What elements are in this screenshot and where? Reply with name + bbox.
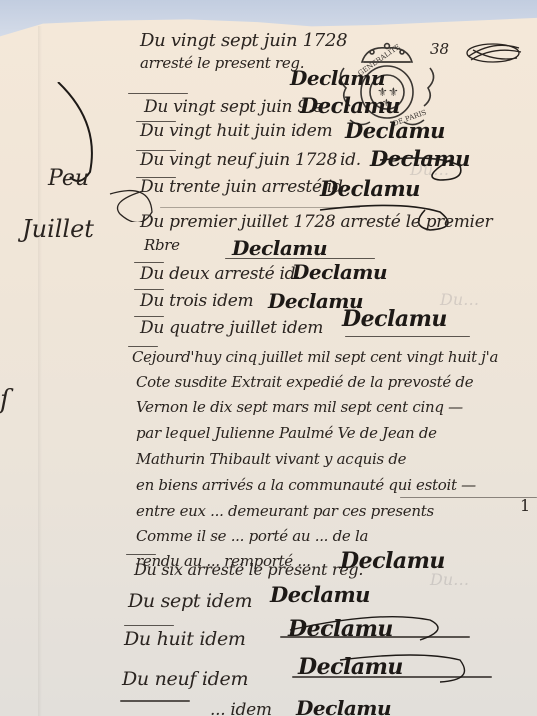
signature-flourish xyxy=(280,590,480,700)
paraph-flourish-icon xyxy=(463,38,525,68)
paragraph-line-0: Cejourd'huy cinq juillet mil sept cent v… xyxy=(132,348,498,366)
entry-2-text: Du vingt huit juin idem xyxy=(140,121,332,141)
paragraph-line-4: Mathurin Thibault vivant y acquis de xyxy=(136,450,406,468)
margin-mark: ſ xyxy=(0,385,10,415)
entry-after-3-text: Du neuf idem xyxy=(122,668,248,690)
side-mark: 1 xyxy=(520,496,530,515)
entry-1-signature: Declamu xyxy=(300,93,400,118)
entry-5-signature: Declamu xyxy=(232,236,327,260)
divider-rule xyxy=(120,700,190,702)
entry-5-continuation: Rbre xyxy=(144,236,180,254)
entry-after-0-signature: Declamu xyxy=(340,548,445,574)
entry-after-2-text: Du huit idem xyxy=(124,628,246,650)
entry-2-signature: Declamu xyxy=(345,118,445,143)
entry-5-text: Du premier juillet 1728 arresté le premi… xyxy=(140,212,492,232)
entry-after-4-text: ... idem xyxy=(210,700,272,716)
entry-7-text: Du trois idem xyxy=(140,291,253,311)
entry-6-signature: Declamu xyxy=(292,260,387,284)
paragraph-line-5: en biens arrivés a la communauté qui est… xyxy=(136,476,476,494)
entry-0-continuation: arresté le present reg. xyxy=(140,54,304,72)
entry-after-0-text: Du six arresté le present reg. xyxy=(134,560,363,579)
entry-8-signature: Declamu xyxy=(342,306,447,332)
entry-0-text: Du vingt sept juin 1728 xyxy=(140,30,347,51)
folio-number: 38 xyxy=(430,40,449,58)
paragraph-line-1: Cote susdite Extrait expedié de la prevo… xyxy=(136,373,473,391)
margin-note-line1: Peu xyxy=(48,166,89,191)
entry-8-text: Du quatre juillet idem xyxy=(140,318,323,338)
entry-1-text: Du vingt sept juin 9.e xyxy=(144,97,323,117)
entry-after-1-text: Du sept idem xyxy=(128,590,252,612)
entry-6-text: Du deux arresté id. xyxy=(140,264,300,284)
paragraph-line-6: entre eux ... demeurant par ces presents xyxy=(136,502,434,520)
paragraph-line-7: Comme il se ... porté au ... de la xyxy=(136,527,368,545)
margin-note-line2: Juillet xyxy=(22,215,94,243)
paragraph-line-2: Vernon le dix sept mars mil sept cent ci… xyxy=(136,398,463,416)
entry-0-signature: Declamu xyxy=(290,66,385,90)
paragraph-line-3: par lequel Julienne Paulmé Ve de Jean de xyxy=(136,424,437,442)
